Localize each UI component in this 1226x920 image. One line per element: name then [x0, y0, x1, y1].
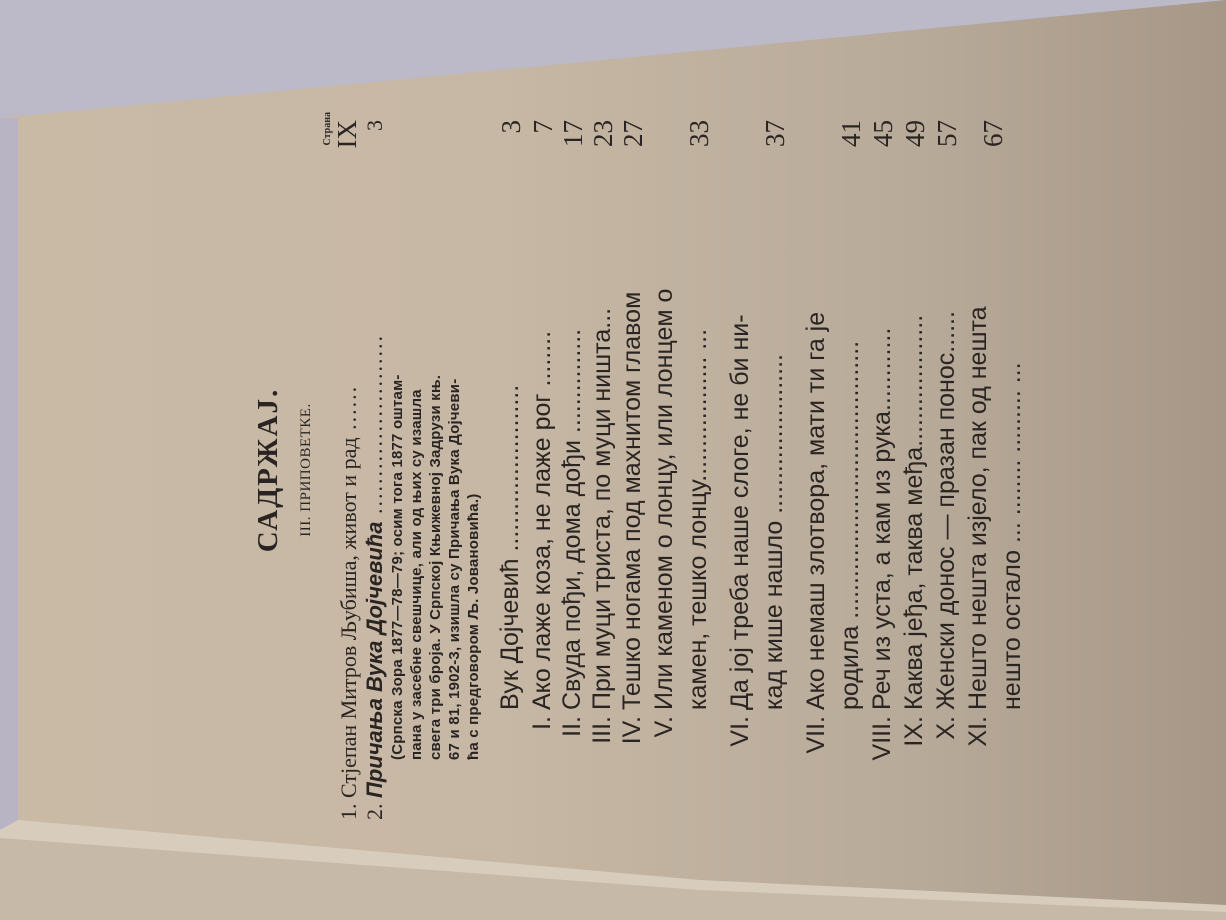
note-line: пана у засебне свешчице, али од њих су и… [407, 170, 426, 760]
chapter-entry-continuation: нешто остало ... ........ ......... ... … [998, 120, 1027, 820]
leader-dots: ...... [336, 385, 361, 438]
chapter-title: Тешко ногама под махнитом главом [618, 292, 646, 710]
chapter-number: V. [650, 710, 679, 820]
chapter-number: VII. [802, 710, 831, 820]
chapter-title: Ако немаш злотвора, мати ти га је [802, 312, 830, 710]
chapter-title: Реч из уста, а кам из рука............ [868, 328, 896, 710]
chapter-page: 27 [618, 120, 649, 147]
chapter-number: XI. [964, 710, 993, 820]
chapter-entry: II.Свуда пођи, дома дођи ...............… [558, 120, 587, 820]
entry-text: Причања Вука Дојчевића [362, 521, 387, 798]
chapter-title: родила .................................… [836, 341, 865, 820]
chapter-entry: VI.Да јој треба наше слоге, не би ни- [726, 120, 755, 820]
entry-text: Стјепан Митров Љубиша, живот и рад [336, 437, 361, 798]
chapter-page: 45 [868, 120, 899, 147]
chapter-entry: V.Или каменом о лонцу, или лонцем о [650, 120, 679, 820]
chapter-title: нешто остало ... ........ ......... ... [998, 362, 1027, 820]
chapter-entry: VII.Ако немаш злотвора, мати ти га је [802, 120, 831, 820]
chapter-title: Каква јеђа, таква међа..................… [900, 315, 928, 710]
section-heading: III. ПРИПОВЕТКЕ. [298, 120, 315, 820]
toc-title: САДРЖАЈ. [252, 120, 285, 820]
chapter-page: 37 [760, 120, 791, 147]
chapter-title: При муци триста, по муци ништа... [588, 308, 616, 710]
chapter-title: Или каменом о лонцу, или лонцем о [650, 289, 678, 710]
chapter-page: 33 [684, 120, 715, 147]
chapter-number: IX. [900, 710, 929, 820]
chapter-page: 49 [900, 120, 931, 147]
chapter-entry: I.Ако лаже коза, не лаже рог ........ 7 [528, 120, 557, 820]
chapter-page: 7 [528, 120, 559, 134]
chapter-entry-continuation: камен, тешко лонцу.................. ...… [684, 120, 713, 820]
chapter-title: Свуда пођи, дома дођи ............... [558, 329, 586, 710]
entry-page: IX [332, 120, 363, 149]
chapter-number: VIII. [868, 710, 897, 820]
note-line: (Српска Зора 1877—78—79; осим тога 1877 … [388, 170, 407, 760]
entry-number: 1. [336, 804, 362, 821]
chapter-title: Да јој треба наше слоге, не би ни- [726, 314, 754, 710]
chapter-page: 17 [558, 120, 589, 147]
note-line: свега три броја. У Српској Књижевној Зад… [426, 170, 445, 760]
chapter-title: камен, тешко лонцу.................. ... [684, 329, 713, 820]
chapter-page: 23 [588, 120, 619, 147]
chapter-entry: IX.Каква јеђа, таква међа...............… [900, 120, 929, 820]
chapter-title: кад кише нашло ....................... [760, 354, 789, 820]
chapter-number: VI. [726, 710, 755, 820]
note-line: 67 и 81, 1902-3, изишла су Причања Вука … [445, 170, 464, 760]
chapter-title: Женски донос — празан понос...... [932, 311, 960, 710]
chapter-entry-continuation: родила .................................… [836, 120, 865, 820]
publication-note: (Српска Зора 1877—78—79; осим тога 1877 … [388, 170, 483, 760]
chapter-page: 57 [932, 120, 963, 147]
chapter-title: Нешто нешта изјело, пак од нешта [964, 306, 992, 710]
chapter-entry-continuation: кад кише нашло ....................... 3… [760, 120, 789, 820]
chapter-number: IV. [618, 710, 647, 820]
chapter-entry: Вук Дојчевић ........................ 3 [496, 120, 525, 820]
chapter-page: 3 [496, 120, 527, 134]
toc-entry: 2. Причања Вука Дојчевића ..............… [362, 120, 388, 820]
entry-page: 3 [362, 120, 388, 131]
chapter-number: III. [588, 710, 617, 820]
entry-number: 2. [362, 804, 388, 821]
chapter-number: II. [558, 710, 587, 820]
chapter-entry: X.Женски донос — празан понос...... 57 [932, 120, 961, 820]
chapter-number: X. [932, 710, 961, 820]
leader-dots: ........................ [362, 334, 387, 522]
chapter-entry: IV.Тешко ногама под махнитом главом 27 [618, 120, 647, 820]
note-line: ћа с предговором Љ. Јовановића.) [464, 170, 483, 760]
chapter-page: 41 [836, 120, 867, 147]
chapter-entry: VIII.Реч из уста, а кам из рука.........… [868, 120, 897, 820]
chapter-title: Вук Дојчевић ........................ [496, 385, 524, 710]
table-of-contents: САДРЖАЈ. III. ПРИПОВЕТКЕ. Страна 1. Стје… [252, 120, 1012, 820]
chapter-entry: III.При муци триста, по муци ништа... 23 [588, 120, 617, 820]
toc-entry: 1. Стјепан Митров Љубиша, живот и рад ..… [336, 120, 362, 820]
chapter-entry: XI.Нешто нешта изјело, пак од нешта [964, 120, 993, 820]
chapter-number: I. [528, 710, 557, 820]
chapter-title: Ако лаже коза, не лаже рог ........ [528, 331, 556, 710]
background-strip [0, 118, 18, 838]
chapter-page: 67 [978, 120, 1009, 147]
